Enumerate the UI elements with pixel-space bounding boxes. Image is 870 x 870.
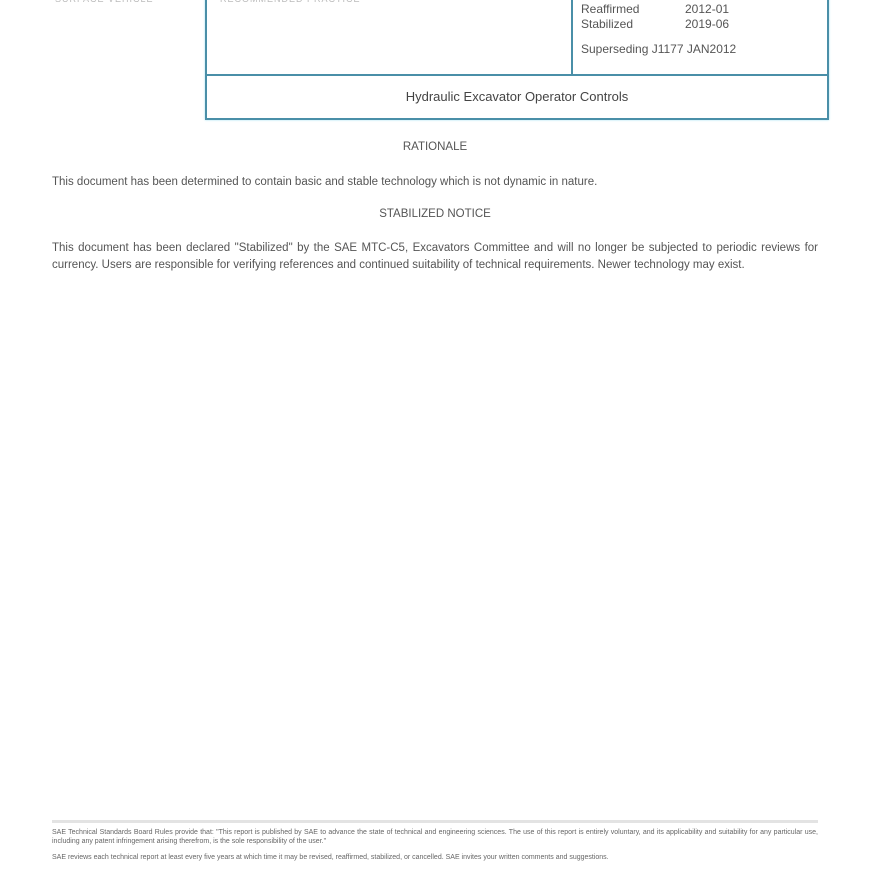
document-title: Hydraulic Excavator Operator Controls xyxy=(207,76,827,116)
document-page: SURFACE VEHICLE RECOMMENDED PRACTICE Rea… xyxy=(0,0,870,870)
meta-row-stabilized: Stabilized 2019-06 xyxy=(581,17,765,32)
header-top-section: Reaffirmed 2012-01 Stabilized 2019-06 Su… xyxy=(207,0,827,76)
meta-value: 2012-01 xyxy=(685,2,765,17)
meta-label: Reaffirmed xyxy=(581,2,685,17)
superseding-text: Superseding J1177 JAN2012 xyxy=(581,42,765,56)
document-header-box: Reaffirmed 2012-01 Stabilized 2019-06 Su… xyxy=(205,0,829,120)
meta-row-reaffirmed: Reaffirmed 2012-01 xyxy=(581,2,765,17)
header-divider xyxy=(571,0,573,74)
stabilized-notice-heading: STABILIZED NOTICE xyxy=(0,208,870,220)
meta-value: 2019-06 xyxy=(685,17,765,32)
revision-meta: Reaffirmed 2012-01 Stabilized 2019-06 Su… xyxy=(581,2,765,56)
stabilized-notice-text: This document has been declared "Stabili… xyxy=(52,240,818,274)
header-cut-left-text: SURFACE VEHICLE xyxy=(55,0,175,4)
meta-label: Stabilized xyxy=(581,17,685,32)
footer-paragraph-1: SAE Technical Standards Board Rules prov… xyxy=(52,828,818,846)
footer-rule xyxy=(52,820,818,823)
rationale-heading: RATIONALE xyxy=(0,141,870,153)
footer-paragraph-2: SAE reviews each technical report at lea… xyxy=(52,853,818,862)
rationale-text: This document has been determined to con… xyxy=(52,174,818,191)
